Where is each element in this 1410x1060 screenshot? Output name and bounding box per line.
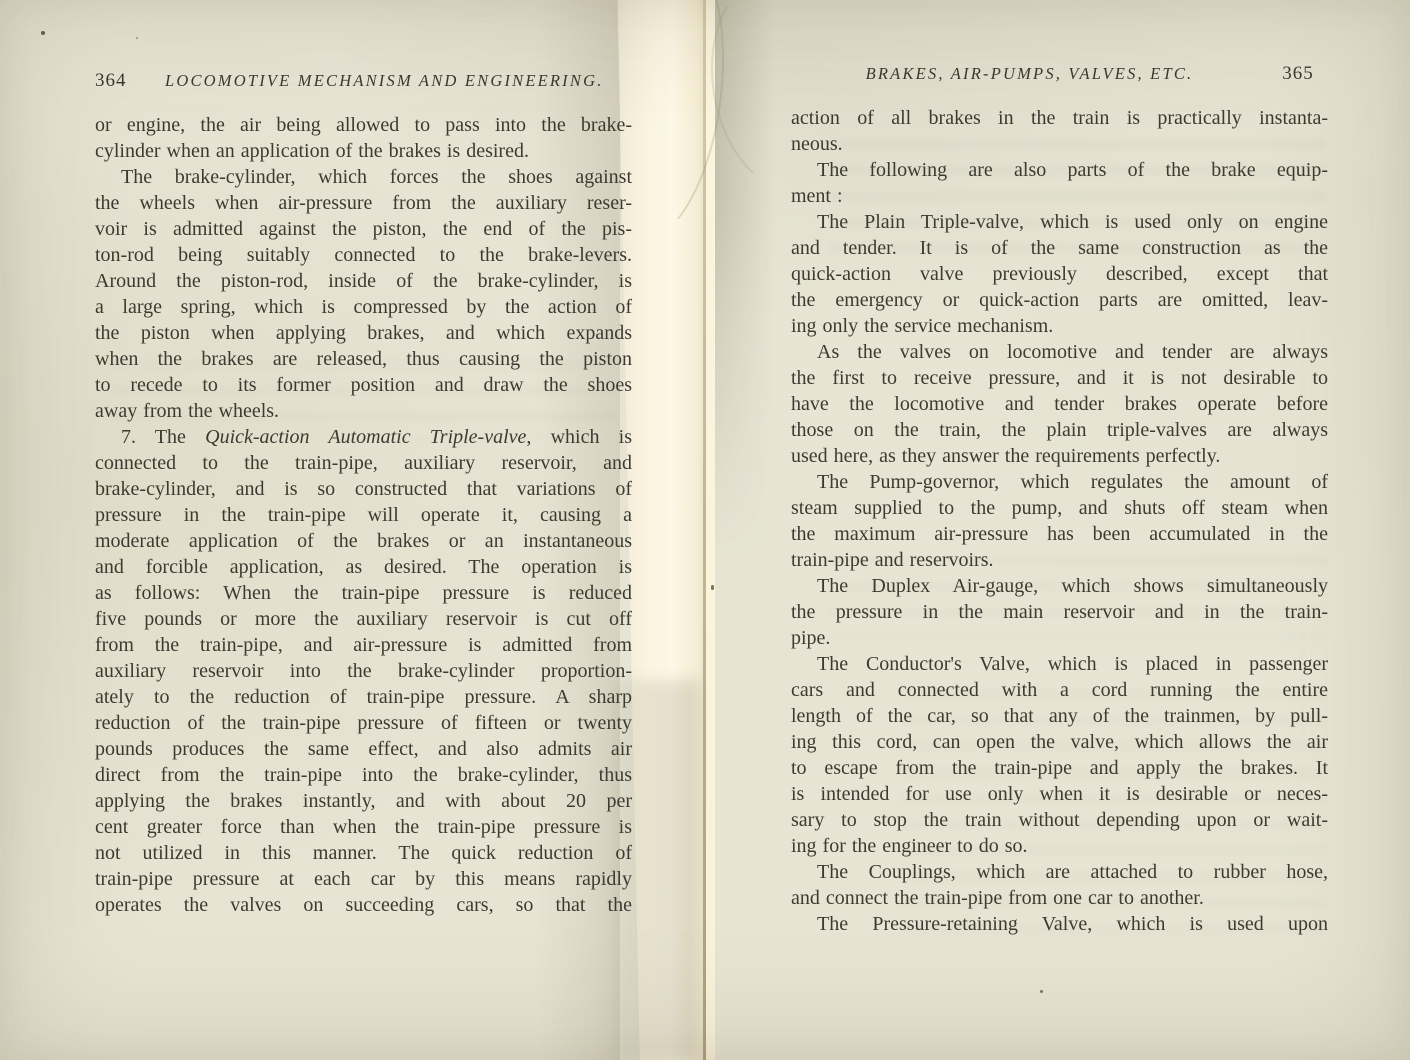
text-line: direct from the train-pipe into the brak… <box>95 762 632 788</box>
text-line: the pressure in the main reservoir and i… <box>791 599 1328 625</box>
paper-speck <box>711 585 714 590</box>
book-spread: 364 LOCOMOTIVE MECHANISM AND ENGINEERING… <box>0 0 1410 1060</box>
right-page-header: BRAKES, AIR-PUMPS, VALVES, ETC. 365 <box>790 63 1327 85</box>
text-line: The Pump-governor, which regulates the a… <box>791 469 1328 495</box>
text-line: pounds produces the same effect, and als… <box>95 736 632 762</box>
text-line: sary to stop the train without depending… <box>791 807 1328 833</box>
text-line: the piston when applying brakes, and whi… <box>95 320 632 346</box>
text-line: operates the valves on succeeding cars, … <box>95 892 632 918</box>
text-line: not utilized in this manner. The quick r… <box>95 840 632 866</box>
left-page-header: 364 LOCOMOTIVE MECHANISM AND ENGINEERING… <box>95 70 632 92</box>
text-line: cent greater force than when the train-p… <box>95 814 632 840</box>
right-page-number: 365 <box>1269 63 1327 85</box>
paper-speck <box>136 37 138 39</box>
text-line: ing only the service mechanism. <box>791 313 1328 339</box>
text-line: action of all brakes in the train is pra… <box>791 105 1328 131</box>
text-line: The Couplings, which are attached to rub… <box>791 859 1328 885</box>
text-line: neous. <box>791 131 1328 157</box>
text-line: ment : <box>791 183 1328 209</box>
text-line: the maximum air-pressure has been accumu… <box>791 521 1328 547</box>
text-line: ately to the reduction of train-pipe pre… <box>95 684 632 710</box>
text-line: As the valves on locomotive and tender a… <box>791 339 1328 365</box>
text-line: and tender. It is of the same constructi… <box>791 235 1328 261</box>
text-line: is intended for use only when it is desi… <box>791 781 1328 807</box>
text-line: quick-action valve previously described,… <box>791 261 1328 287</box>
text-line: The Plain Triple-valve, which is used on… <box>791 209 1328 235</box>
text-line: as follows: When the train-pipe pressure… <box>95 580 632 606</box>
text-line: ing for the engineer to do so. <box>791 833 1328 859</box>
text-line: and connect the train-pipe from one car … <box>791 885 1328 911</box>
left-running-title: LOCOMOTIVE MECHANISM AND ENGINEERING. <box>137 71 633 91</box>
text-line: ing this cord, can open the valve, which… <box>791 729 1328 755</box>
text-line: brake-cylinder, and is so constructed th… <box>95 476 632 502</box>
text-line: to escape from the train-pipe and apply … <box>791 755 1328 781</box>
text-line: cylinder when an application of the brak… <box>95 138 632 164</box>
paper-speck <box>1040 990 1043 993</box>
text-line: the wheels when air-pressure from the au… <box>95 190 632 216</box>
text-line: connected to the train-pipe, auxiliary r… <box>95 450 632 476</box>
text-line: the emergency or quick-action parts are … <box>791 287 1328 313</box>
text-line: five pounds or more the auxiliary reserv… <box>95 606 632 632</box>
text-line: to recede to its former position and dra… <box>95 372 632 398</box>
text-line: The following are also parts of the brak… <box>791 157 1328 183</box>
text-line: from the train-pipe, and air-pressure is… <box>95 632 632 658</box>
paper-speck <box>41 31 45 35</box>
right-page-body: action of all brakes in the train is pra… <box>791 105 1328 937</box>
text-line: The Duplex Air-gauge, which shows simult… <box>791 573 1328 599</box>
text-line: pressure in the train-pipe will operate … <box>95 502 632 528</box>
left-page-body: or engine, the air being allowed to pass… <box>95 112 632 918</box>
text-line: auxiliary reservoir into the brake-cylin… <box>95 658 632 684</box>
text-line: Around the piston-rod, inside of the bra… <box>95 268 632 294</box>
left-page-number: 364 <box>95 70 127 92</box>
text-line: The brake-cylinder, which forces the sho… <box>95 164 632 190</box>
text-line: The Conductor's Valve, which is placed i… <box>791 651 1328 677</box>
text-line: pipe. <box>791 625 1328 651</box>
text-line: used here, as they answer the requiremen… <box>791 443 1328 469</box>
text-line: and forcible application, as desired. Th… <box>95 554 632 580</box>
text-line: cars and connected with a cord running t… <box>791 677 1328 703</box>
text-line: steam supplied to the pump, and shuts of… <box>791 495 1328 521</box>
text-line: a large spring, which is compressed by t… <box>95 294 632 320</box>
text-line: The Pressure-retaining Valve, which is u… <box>791 911 1328 937</box>
text-line: length of the car, so that any of the tr… <box>791 703 1328 729</box>
text-line: the first to receive pressure, and it is… <box>791 365 1328 391</box>
right-running-title: BRAKES, AIR-PUMPS, VALVES, ETC. <box>790 64 1269 84</box>
text-line: applying the brakes instantly, and with … <box>95 788 632 814</box>
text-line: train-pipe pressure at each car by this … <box>95 866 632 892</box>
text-line: train-pipe and reservoirs. <box>791 547 1328 573</box>
text-line: have the locomotive and tender brakes op… <box>791 391 1328 417</box>
text-line: voir is admitted against the piston, the… <box>95 216 632 242</box>
text-line: away from the wheels. <box>95 398 632 424</box>
text-line: 7. The Quick-action Automatic Triple-val… <box>95 424 632 450</box>
text-line: moderate application of the brakes or an… <box>95 528 632 554</box>
text-line: ton-rod being suitably connected to the … <box>95 242 632 268</box>
text-line: when the brakes are released, thus causi… <box>95 346 632 372</box>
text-line: those on the train, the plain triple-val… <box>791 417 1328 443</box>
text-line: reduction of the train-pipe pressure of … <box>95 710 632 736</box>
text-line: or engine, the air being allowed to pass… <box>95 112 632 138</box>
